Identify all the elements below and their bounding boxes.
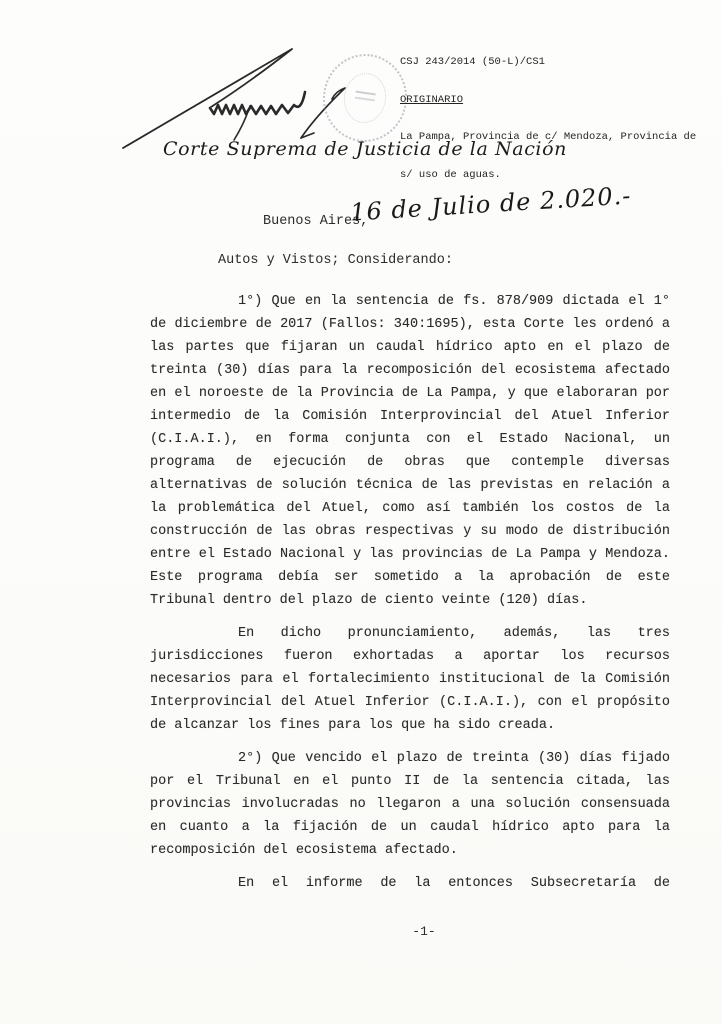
paragraph-3: 2°) Que vencido el plazo de treinta (30)… — [150, 747, 670, 862]
paragraph-1: 1°) Que en la sentencia de fs. 878/909 d… — [150, 290, 670, 612]
page-number: -1- — [398, 924, 450, 939]
case-docket-number: CSJ 243/2014 (50-L)/CS1 — [400, 56, 696, 69]
case-registry-type: ORIGINARIO — [400, 94, 696, 107]
court-name-letterhead: Corte Suprema de Justicia de la Nación — [150, 138, 580, 160]
case-caption-line-2: s/ uso de aguas. — [400, 169, 696, 182]
paragraph-4: En el informe de la entonces Subsecretar… — [150, 872, 670, 895]
paragraph-2: En dicho pronunciamiento, además, las tr… — [150, 622, 670, 737]
case-header: CSJ 243/2014 (50-L)/CS1 ORIGINARIO La Pa… — [400, 31, 696, 206]
opening-formula: Autos y Vistos; Considerando: — [218, 253, 453, 268]
scanned-court-document-page: CSJ 243/2014 (50-L)/CS1 ORIGINARIO La Pa… — [0, 0, 722, 1024]
stamp-inner-marks — [356, 91, 376, 96]
document-body: 1°) Que en la sentencia de fs. 878/909 d… — [150, 290, 670, 905]
